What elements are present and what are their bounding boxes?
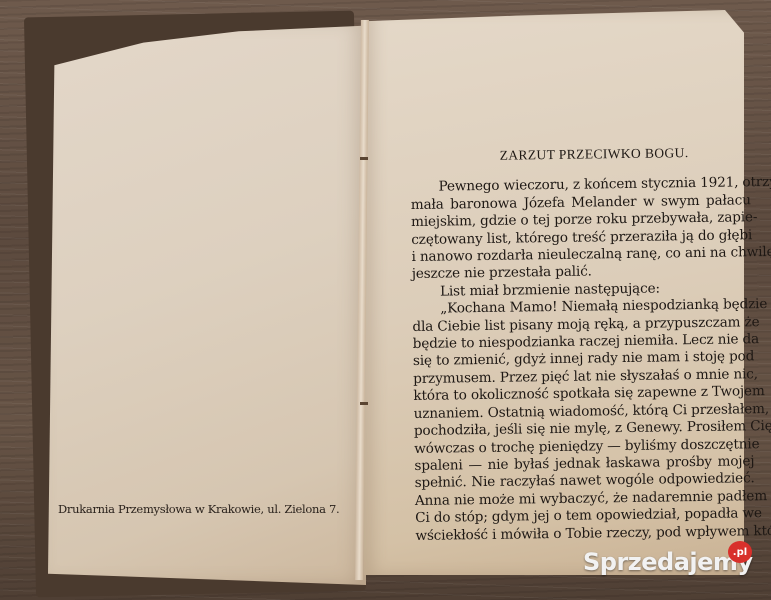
watermark-badge: .pl bbox=[728, 541, 752, 563]
chapter-title: ZARZUT PRZECIWKO BOGU. bbox=[438, 143, 750, 165]
page-text-block: ZARZUT PRZECIWKO BOGU. Pewnego wieczoru,… bbox=[410, 143, 756, 545]
printer-imprint: Drukarnia Przemysłowa w Krakowie, ul. Zi… bbox=[58, 502, 339, 516]
left-page bbox=[48, 20, 366, 585]
binding-stitch bbox=[360, 157, 368, 160]
binding-stitch bbox=[360, 402, 368, 405]
